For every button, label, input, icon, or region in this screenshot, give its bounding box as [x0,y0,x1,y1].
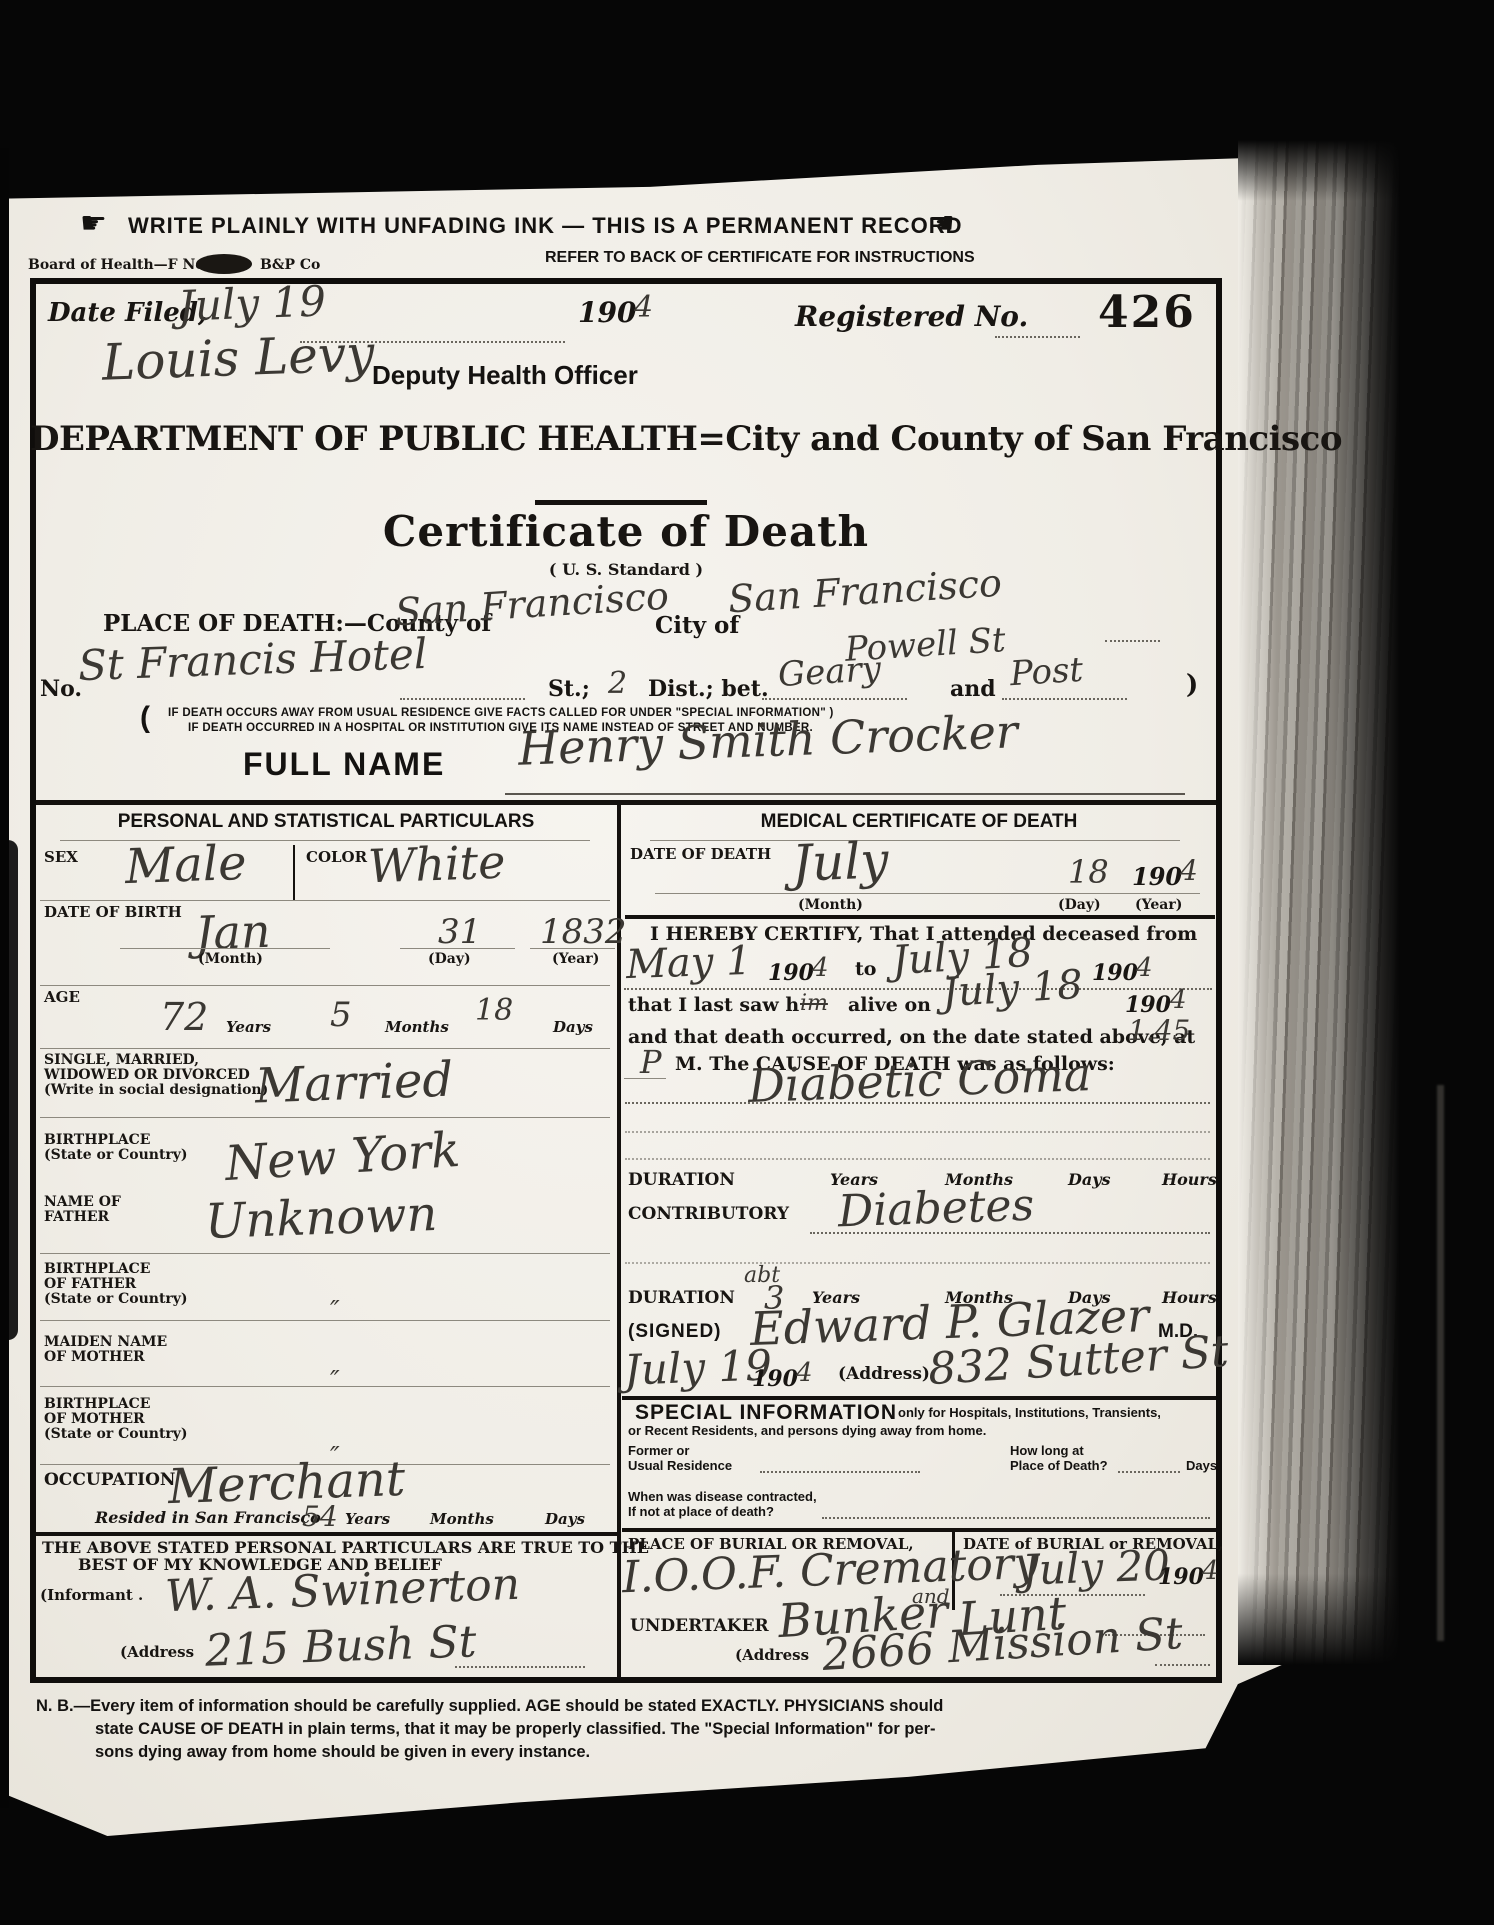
attended-from-year-print: 190 [768,962,814,985]
rule-line [624,1078,666,1079]
registered-no-label: Registered No. [795,302,1028,331]
father-birthplace-label-1: BIRTHPLACE [44,1262,150,1277]
day-caption: (Day) [428,952,471,967]
dist-bet-label: Dist.; bet. [648,678,769,701]
day-caption: (Day) [1058,898,1101,913]
burial-year-print: 190 [1158,1566,1204,1589]
st-label: St.; [548,678,590,701]
last-saw-hw: im [800,992,828,1015]
rule-line [530,948,615,949]
physician-address-label: (Address) [838,1366,930,1384]
date-filed-value: July 19 [177,279,326,328]
medical-header: MEDICAL CERTIFICATE OF DEATH [622,812,1216,832]
former-residence-label-2: Usual Residence [628,1459,732,1473]
attended-to-year-print: 190 [1092,962,1138,985]
section-rule [36,800,1216,805]
banner-text: WRITE PLAINLY WITH UNFADING INK — THIS I… [128,214,963,237]
date-of-death-day: 18 [1068,856,1109,890]
months-caption: Months [430,1512,494,1528]
rule-line [40,1386,610,1387]
fill-line [822,1517,1210,1519]
father-birthplace-label-2: OF FATHER [44,1277,136,1292]
month-caption: (Month) [198,952,263,967]
age-label: AGE [44,990,80,1006]
resided-label: Resided in San Francisco [95,1510,321,1527]
informant-label: (Informant . [40,1588,143,1604]
years-caption: Years [226,1020,271,1036]
personal-header: PERSONAL AND STATISTICAL PARTICULARS [36,812,616,832]
hours-caption: Hours [1162,1172,1217,1189]
scanned-death-certificate: ☛ WRITE PLAINLY WITH UNFADING INK — THIS… [0,0,1494,1925]
close-paren: ) [1186,672,1198,699]
fill-line [762,698,907,700]
marital-value: Married [254,1055,454,1112]
days-caption: Days [553,1020,593,1036]
rule-line [40,1320,610,1321]
date-of-death-year-print: 190 [1132,864,1182,889]
fill-line [455,1666,585,1668]
resided-years: 54 [302,1502,338,1531]
and-label: and [950,678,996,701]
mother-name-label-1: MAIDEN NAME [44,1335,167,1350]
mother-birthplace-label-1: BIRTHPLACE [44,1397,150,1412]
rule-line [400,948,515,949]
months-caption: Months [385,1020,449,1036]
marital-label-2: WIDOWED OR DIVORCED [44,1068,250,1083]
father-name-label-2: FATHER [44,1210,109,1225]
date-filed-year-hw: 4 [634,292,653,324]
fill-line [760,1471,920,1473]
registered-no: 426 [1098,290,1196,336]
mother-birthplace-label-2: OF MOTHER [44,1412,145,1427]
sex-color-divider [293,845,295,900]
special-info-header: SPECIAL INFORMATION [635,1402,897,1424]
undertaker-label: UNDERTAKER [630,1618,769,1636]
pointing-hand-left-icon: ☚ [928,208,955,240]
mother-name-label-2: OF MOTHER [44,1350,145,1365]
informant-signature: W. A. Swinerton [164,1562,520,1621]
district-value: 2 [608,668,627,700]
days-caption: Days [1068,1172,1111,1189]
year-caption: (Year) [552,952,599,967]
note-open-paren: ( [140,702,150,734]
father-birthplace-ditto: ″ [330,1298,340,1325]
color-value: White [367,838,506,891]
marital-label-3: (Write in social designation) [44,1083,268,1098]
dob-label: DATE OF BIRTH [44,905,182,921]
rule-line [120,948,330,949]
state-country-caption: (State or Country) [44,1292,188,1307]
burial-date-value: July 20 [1021,1543,1170,1592]
age-years: 72 [160,998,208,1038]
burial-year-hw: 4 [1202,1558,1219,1585]
rule-line [40,985,610,986]
fill-line [1002,698,1127,700]
date-of-death-year-hw: 4 [1180,856,1198,885]
informant-address-label: (Address [120,1645,194,1661]
date-of-death-month: July [791,834,889,890]
footnote-line2: state CAUSE OF DEATH in plain terms, tha… [95,1721,936,1738]
rule-line [40,1048,610,1049]
age-days: 18 [475,995,513,1027]
last-saw-pre: that I last saw h [628,996,799,1016]
how-long-label-2: Place of Death? [1010,1459,1108,1473]
rule-line [40,900,610,901]
rule-line [655,893,1200,894]
special-info-note1: only for Hospitals, Institutions, Transi… [898,1406,1161,1420]
printer-logo-icon [196,254,252,274]
signed-year-print: 190 [752,1368,798,1391]
duration2-label: DURATION [628,1290,735,1308]
printer-mark: B&P Co [260,258,320,273]
date-of-death-label: DATE OF DEATH [630,847,771,863]
birthplace-label: BIRTHPLACE [44,1133,150,1148]
department-title: DEPARTMENT OF PUBLIC HEALTH=City and Cou… [30,422,1222,458]
state-country-caption: (State or Country) [44,1148,188,1163]
to-label: to [855,960,876,980]
fill-line [625,1102,1210,1104]
fill-line [624,988,1212,990]
signed-date: July 19 [623,1343,772,1392]
fill-line [1155,1664,1210,1666]
undertaker-address-label: (Address [735,1648,809,1664]
disease-contracted-label-1: When was disease contracted, [628,1490,817,1504]
contributory-label: CONTRIBUTORY [628,1206,789,1224]
days-caption: Days [545,1512,585,1528]
last-saw-date: July 18 [941,964,1084,1015]
fill-line [400,698,525,700]
section-rule [622,1396,1216,1400]
last-saw-post: alive on [848,996,931,1016]
month-caption: (Month) [798,898,863,913]
death-occurred-statement: and that death occurred, on the date sta… [628,1028,1195,1048]
sex-value: Male [124,838,247,893]
color-label: COLOR [306,850,367,866]
officer-title: Deputy Health Officer [372,362,638,389]
fill-line [1118,1471,1180,1473]
age-months: 5 [330,998,352,1034]
city-of-label: City of [655,614,739,638]
fill-line [995,336,1080,338]
section-rule [622,1528,1216,1532]
duration-label: DURATION [628,1172,735,1190]
death-time: 1.45 [1128,1016,1190,1045]
dob-year: 1832 [540,915,627,951]
meridiem-hw: P [640,1046,662,1080]
father-name-value: Unknown [204,1189,438,1247]
fill-line [625,1262,1210,1264]
attended-to-year-hw: 4 [1136,955,1153,982]
attended-from-date: May 1 [625,940,752,986]
hours-caption: Hours [1162,1290,1217,1307]
refer-note: REFER TO BACK OF CERTIFICATE FOR INSTRUC… [545,250,975,267]
rule-line [40,1117,610,1118]
how-long-days-caption: Days [1186,1459,1217,1473]
certificate-title: Certificate of Death [30,510,1222,554]
undertaker-and: and [912,1586,950,1607]
officer-signature: Louis Levy [101,327,375,389]
rule-line [650,840,1180,841]
no-label: No. [40,678,82,701]
signed-label: (SIGNED) [628,1322,722,1342]
year-caption: (Year) [1135,898,1182,913]
how-long-label-1: How long at [1010,1444,1084,1458]
full-name-label: FULL NAME [243,748,445,782]
sex-label: SEX [44,850,78,866]
dob-month: Jan [194,907,271,958]
between-street-2: Post [1009,653,1084,693]
informant-address: 215 Bush St [204,1619,477,1675]
father-name-label-1: NAME OF [44,1195,121,1210]
occupation-label: OCCUPATION [44,1472,175,1490]
rule-line [40,1253,610,1254]
special-info-note2: or Recent Residents, and persons dying a… [628,1424,986,1438]
dob-day: 31 [438,915,481,951]
signed-year-hw: 4 [796,1360,813,1387]
footnote-line1: N. B.—Every item of information should b… [36,1698,943,1715]
attended-from-year-hw: 4 [812,955,829,982]
disease-contracted-label-2: If not at place of death? [628,1505,774,1519]
section-rule [36,1532,617,1536]
rule-line [625,915,1215,919]
years-caption: Years [345,1512,390,1528]
date-filed-year-print: 190 [578,298,636,327]
contributory-value: Diabetes [837,1183,1035,1236]
fill-line [625,1131,1210,1133]
occupation-value: Merchant [167,1454,406,1513]
between-street-1: Geary [777,652,882,694]
state-country-caption: (State or Country) [44,1427,188,1442]
footnote-line3: sons dying away from home should be give… [95,1744,590,1761]
fill-line [625,1158,1210,1160]
title-rule [535,500,707,505]
pointing-hand-right-icon: ☛ [80,208,107,240]
former-residence-label-1: Former or [628,1444,689,1458]
last-saw-year-hw: 4 [1170,987,1187,1014]
fill-line [810,1232,1210,1234]
marital-label-1: SINGLE, MARRIED, [44,1053,199,1068]
birthplace-value: New York [224,1125,462,1190]
full-name-line [505,793,1185,795]
mother-name-ditto: ″ [330,1368,340,1395]
fill-line [1105,640,1160,642]
